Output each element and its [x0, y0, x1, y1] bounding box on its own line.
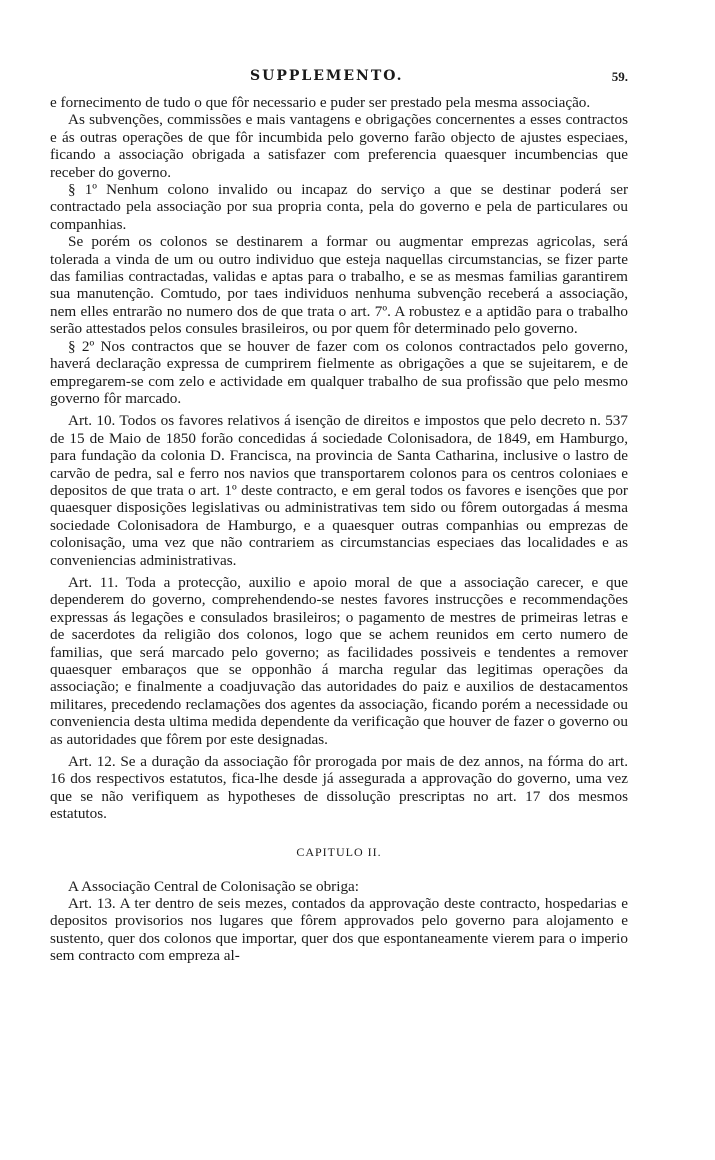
running-title: SUPPLEMENTO. [250, 68, 404, 84]
paragraph-art-12: Art. 12. Se a duração da associação fôr … [50, 753, 628, 823]
paragraph-art-10: Art. 10. Todos os favores relativos á is… [50, 412, 628, 569]
chapter-body-text: A Associação Central de Colonisação se o… [50, 878, 628, 965]
paragraph-continuation: e fornecimento de tudo o que fôr necessa… [50, 94, 628, 111]
paragraph-section-1: § 1º Nenhum colono invalido ou incapaz d… [50, 181, 628, 233]
paragraph-obriga: A Associação Central de Colonisação se o… [50, 878, 628, 895]
paragraph-art-11: Art. 11. Toda a protecção, auxilio e apo… [50, 574, 628, 748]
page-number: 59. [612, 69, 628, 85]
document-page: SUPPLEMENTO. 59. e fornecimento de tudo … [50, 68, 628, 965]
running-header: SUPPLEMENTO. 59. [50, 68, 628, 88]
paragraph-se-porem: Se porém os colonos se destinarem a form… [50, 233, 628, 337]
chapter-heading: CAPITULO II. [50, 845, 628, 860]
paragraph-subvencoes: As subvenções, commissões e mais vantage… [50, 111, 628, 181]
paragraph-section-2: § 2º Nos contractos que se houver de faz… [50, 338, 628, 408]
paragraph-art-13: Art. 13. A ter dentro de seis mezes, con… [50, 895, 628, 965]
body-text: e fornecimento de tudo o que fôr necessa… [50, 94, 628, 823]
